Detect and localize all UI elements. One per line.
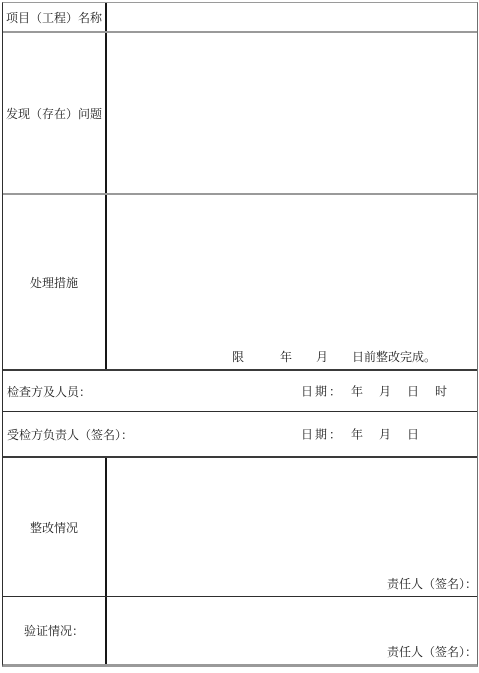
inspected-signer-date-line: 日期： 年 月 日 [301,426,421,443]
inspected-signer-label: 受检方负责人（签名）： [7,426,133,443]
row-problems-found: 发现（存在）问题 [3,33,477,195]
row-inspector: 检查方及人员： 日期： 年 月 日 时 [3,371,477,412]
rectification-value-cell: 责任人（签名）： 年 月 日 [107,458,477,596]
measures-value-cell: 限 年 月 日前整改完成。 [107,195,477,369]
row-measures: 处理措施 限 年 月 日前整改完成。 [3,195,477,371]
row-rectification: 整改情况 责任人（签名）： 年 月 日 [3,458,477,597]
rectification-label: 整改情况 [3,458,107,596]
verification-label: 验证情况： [3,597,107,664]
verification-signer-line: 责任人（签名）： 年 月 日 [387,643,479,660]
row-verification: 验证情况： 责任人（签名）： 年 月 日 [3,597,477,664]
row-inspected-signer: 受检方负责人（签名）： 日期： 年 月 日 [3,412,477,458]
inspector-date-line: 日期： 年 月 日 时 [301,383,449,400]
verification-value-cell: 责任人（签名）： 年 月 日 [107,597,477,664]
problems-found-label: 发现（存在）问题 [3,33,107,193]
problems-found-value-cell [107,33,477,193]
inspector-label: 检查方及人员： [7,383,91,400]
row-project-name: 项目（工程）名称 [3,3,477,33]
measures-deadline-line: 限 年 月 日前整改完成。 [232,348,436,365]
project-name-value-cell [107,3,477,31]
form-table: 项目（工程）名称 发现（存在）问题 处理措施 限 年 月 日前整改完成。 检查方… [2,2,478,667]
measures-label: 处理措施 [3,195,107,369]
rectification-signer-line: 责任人（签名）： 年 月 日 [387,575,479,592]
project-name-label: 项目（工程）名称 [3,3,107,31]
